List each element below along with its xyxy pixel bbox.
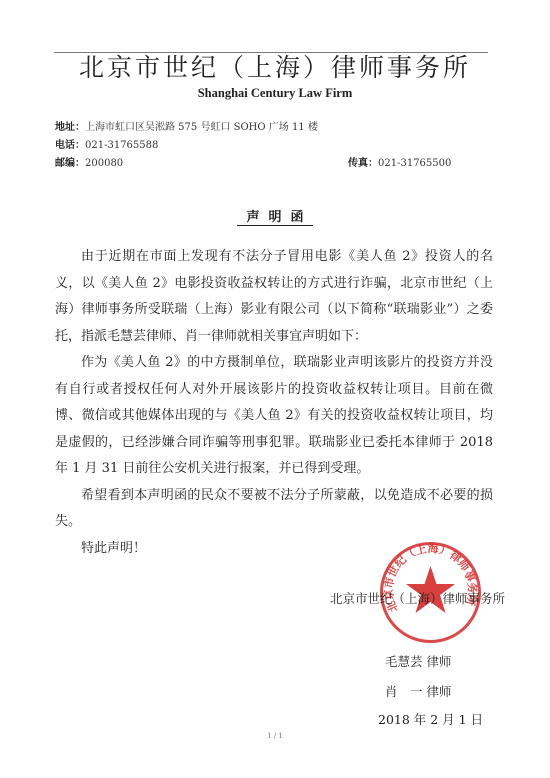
paragraph-3: 希望看到本声明函的民众不要被不法分子所蒙蔽，以免造成不必要的损失。 <box>55 483 493 536</box>
paragraph-1: 由于近期在市面上发现有不法分子冒用电影《美人鱼 2》投资人的名义，以《美人鱼 2… <box>55 244 493 350</box>
postcode-line: 邮编：200080 <box>55 157 123 171</box>
fax-value: 021-31765500 <box>378 158 451 169</box>
document-title-text: 声明函 <box>237 210 312 226</box>
address-value: 上海市虹口区吴淞路 575 号虹口 SOHO 广场 11 楼 <box>85 122 318 133</box>
signature-firm: 北京市世纪（上海）律师事务所 <box>330 589 505 607</box>
firm-name-en: Shanghai Century Law Firm <box>0 86 550 101</box>
signature-lawyer-2: 肖 一 律师 <box>385 682 451 700</box>
postcode-value: 200080 <box>85 158 123 169</box>
document-body: 由于近期在市面上发现有不法分子冒用电影《美人鱼 2》投资人的名义，以《美人鱼 2… <box>55 244 493 562</box>
paragraph-2: 作为《美人鱼 2》的中方摄制单位，联瑞影业声明该影片的投资方并没有自行或者授权任… <box>55 350 493 483</box>
page-indicator: 1 / 1 <box>0 732 550 740</box>
firm-name-cn: 北京市世纪（上海）律师事务所 <box>0 53 550 83</box>
phone-line: 电话：021-31765588 <box>55 139 158 153</box>
address-line: 地址：上海市虹口区吴淞路 575 号虹口 SOHO 广场 11 楼 <box>55 121 318 135</box>
address-label: 地址： <box>55 122 85 133</box>
document-title: 声明函 <box>0 206 550 225</box>
postcode-label: 邮编： <box>55 158 85 169</box>
signature-date: 2018 年 2 月 1 日 <box>378 710 483 728</box>
phone-label: 电话： <box>55 140 85 151</box>
signature-lawyer-1: 毛慧芸 律师 <box>385 652 451 670</box>
fax-line: 传真：021-31765500 <box>348 157 451 171</box>
phone-value: 021-31765588 <box>85 140 158 151</box>
fax-label: 传真： <box>348 158 378 169</box>
